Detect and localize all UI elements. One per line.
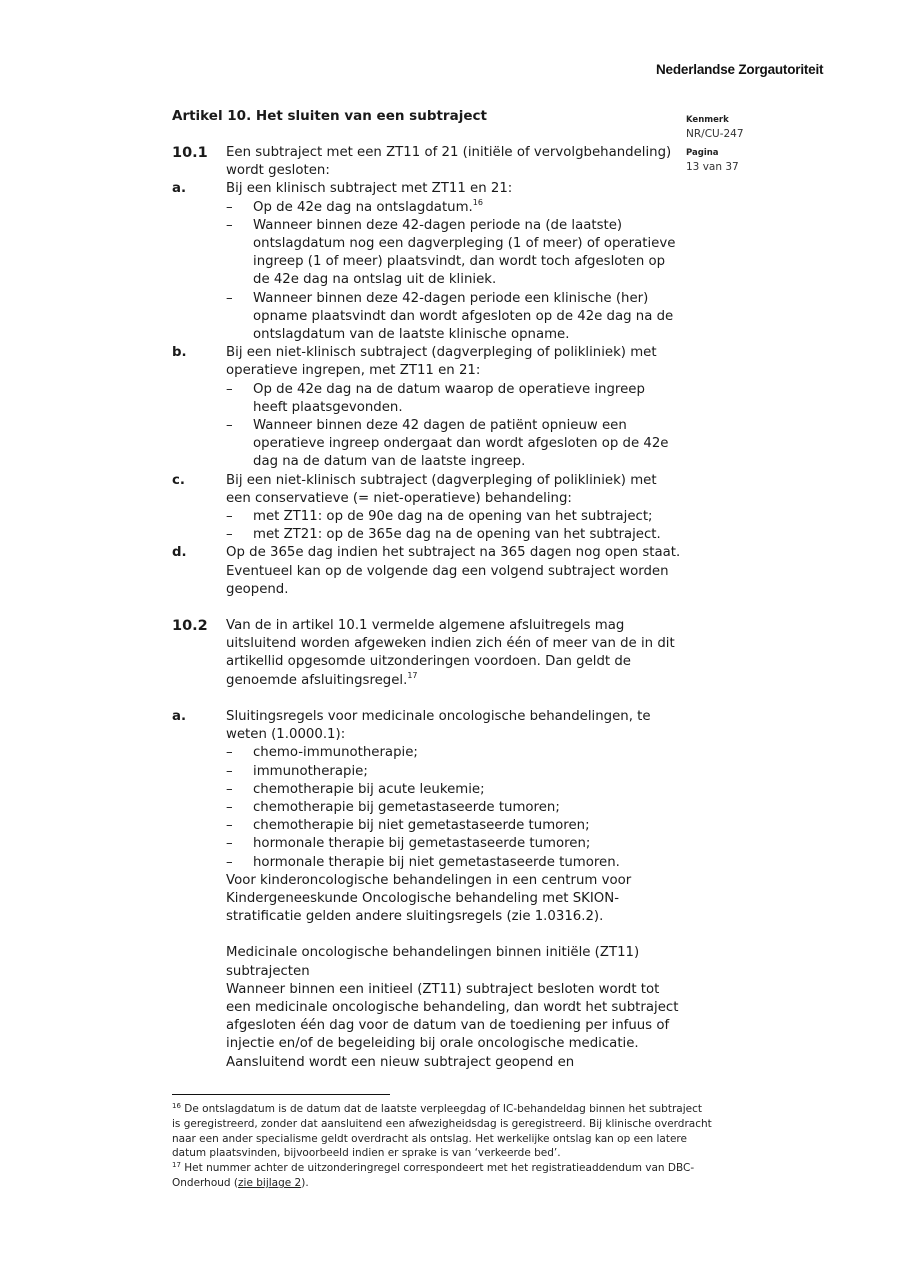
list-item: – Wanneer binnen deze 42-dagen periode n… xyxy=(226,217,682,290)
clause-label: a. xyxy=(172,180,226,198)
clause-text: Bij een niet-klinisch subtraject (dagver… xyxy=(226,344,682,380)
section-number: 10.2 xyxy=(172,617,226,690)
section-number: 10.1 xyxy=(172,144,226,180)
clause-label: c. xyxy=(172,472,226,508)
kenmerk-label: Kenmerk xyxy=(686,113,744,127)
footnote-17: 17 Het nummer achter de uitzonderingrege… xyxy=(172,1161,712,1191)
list-item-text: Wanneer binnen deze 42 dagen de patiënt … xyxy=(253,417,682,472)
clause-label: a. xyxy=(172,708,226,744)
list-item: – chemotherapie bij acute leukemie; xyxy=(226,781,682,799)
list-item-text: immunotherapie; xyxy=(253,763,682,781)
list-item: – hormonale therapie bij niet gemetastas… xyxy=(226,854,682,872)
list-item: – Wanneer binnen deze 42-dagen periode e… xyxy=(226,290,682,345)
list-item-text: Wanneer binnen deze 42-dagen periode een… xyxy=(253,290,682,345)
paragraph: Wanneer binnen een initieel (ZT11) subtr… xyxy=(226,981,682,1072)
list-item-text: hormonale therapie bij niet gemetastasee… xyxy=(253,854,682,872)
clause-c: c. Bij een niet-klinisch subtraject (dag… xyxy=(172,472,682,508)
footnote-number: 16 xyxy=(172,1102,181,1110)
list-item: – immunotherapie; xyxy=(226,763,682,781)
footnote-divider xyxy=(172,1094,390,1095)
list-item: – Op de 42e dag na ontslagdatum.16 xyxy=(226,199,682,217)
dash-bullet: – xyxy=(226,835,253,853)
footnote-ref[interactable]: 17 xyxy=(407,671,417,680)
section-10-2: 10.2 Van de in artikel 10.1 vermelde alg… xyxy=(172,617,682,690)
list-item-text: chemotherapie bij gemetastaseerde tumore… xyxy=(253,799,682,817)
footnote-ref[interactable]: 16 xyxy=(473,198,483,207)
dash-bullet: – xyxy=(226,290,253,345)
clause-text: Bij een klinisch subtraject met ZT11 en … xyxy=(226,180,682,198)
list-item: – met ZT11: op de 90e dag na de opening … xyxy=(226,508,682,526)
clause-a: a. Sluitingsregels voor medicinale oncol… xyxy=(172,708,682,744)
clause-label: d. xyxy=(172,544,226,599)
list-item-text: met ZT21: op de 365e dag na de opening v… xyxy=(253,526,682,544)
clause-d: d. Op de 365e dag indien het subtraject … xyxy=(172,544,682,599)
dash-bullet: – xyxy=(226,781,253,799)
clause-text: Bij een niet-klinisch subtraject (dagver… xyxy=(226,472,682,508)
pagina-label: Pagina xyxy=(686,146,744,160)
list-item-text: chemotherapie bij acute leukemie; xyxy=(253,781,682,799)
footnote-16: 16 De ontslagdatum is de datum dat de la… xyxy=(172,1102,712,1161)
dash-bullet: – xyxy=(226,381,253,417)
clause-b: b. Bij een niet-klinisch subtraject (dag… xyxy=(172,344,682,380)
organization-name: Nederlandse Zorgautoriteit xyxy=(656,62,823,77)
kenmerk-value: NR/CU-247 xyxy=(686,127,744,141)
dash-bullet: – xyxy=(226,854,253,872)
subheading: Medicinale oncologische behandelingen bi… xyxy=(226,944,682,980)
list-item-text: Wanneer binnen deze 42-dagen periode na … xyxy=(253,217,682,290)
list-item: – met ZT21: op de 365e dag na de opening… xyxy=(226,526,682,544)
pagina-value: 13 van 37 xyxy=(686,160,744,174)
dash-bullet: – xyxy=(226,763,253,781)
dash-bullet: – xyxy=(226,199,253,217)
dash-bullet: – xyxy=(226,217,253,290)
list-item-text: met ZT11: op de 90e dag na de opening va… xyxy=(253,508,682,526)
list-item-text: hormonale therapie bij gemetastaseerde t… xyxy=(253,835,682,853)
list-item: – chemotherapie bij gemetastaseerde tumo… xyxy=(226,799,682,817)
clause-label: b. xyxy=(172,344,226,380)
section-10-1: 10.1 Een subtraject met een ZT11 of 21 (… xyxy=(172,144,682,180)
bijlage-link[interactable]: zie bijlage 2 xyxy=(238,1177,301,1189)
dash-bullet: – xyxy=(226,508,253,526)
list-item-text: Op de 42e dag na ontslagdatum. xyxy=(253,200,473,215)
clause-text: Sluitingsregels voor medicinale oncologi… xyxy=(226,708,682,744)
clause-a: a. Bij een klinisch subtraject met ZT11 … xyxy=(172,180,682,198)
article-title: Artikel 10. Het sluiten van een subtraje… xyxy=(172,108,487,124)
footnote-text-end: ). xyxy=(301,1177,308,1189)
dash-bullet: – xyxy=(226,744,253,762)
list-item: – chemo-immunotherapie; xyxy=(226,744,682,762)
section-intro: Een subtraject met een ZT11 of 21 (initi… xyxy=(226,144,682,180)
list-item: – Wanneer binnen deze 42 dagen de patiën… xyxy=(226,417,682,472)
list-item: – hormonale therapie bij gemetastaseerde… xyxy=(226,835,682,853)
list-item-text: Op de 42e dag na de datum waarop de oper… xyxy=(253,381,682,417)
list-item: – chemotherapie bij niet gemetastaseerde… xyxy=(226,817,682,835)
dash-bullet: – xyxy=(226,799,253,817)
dash-bullet: – xyxy=(226,417,253,472)
dash-bullet: – xyxy=(226,526,253,544)
list-item-text: chemo-immunotherapie; xyxy=(253,744,682,762)
footnote-number: 17 xyxy=(172,1161,181,1169)
list-item-text: chemotherapie bij niet gemetastaseerde t… xyxy=(253,817,682,835)
article-body: 10.1 Een subtraject met een ZT11 of 21 (… xyxy=(172,144,682,1072)
section-intro: Van de in artikel 10.1 vermelde algemene… xyxy=(226,618,675,688)
document-meta: Kenmerk NR/CU-247 Pagina 13 van 37 xyxy=(686,113,744,179)
footnotes: 16 De ontslagdatum is de datum dat de la… xyxy=(172,1102,712,1191)
clause-note: Voor kinderoncologische behandelingen in… xyxy=(226,872,682,927)
list-item: – Op de 42e dag na de datum waarop de op… xyxy=(226,381,682,417)
dash-bullet: – xyxy=(226,817,253,835)
clause-text: Op de 365e dag indien het subtraject na … xyxy=(226,544,682,599)
footnote-text: De ontslagdatum is de datum dat de laats… xyxy=(172,1103,712,1159)
